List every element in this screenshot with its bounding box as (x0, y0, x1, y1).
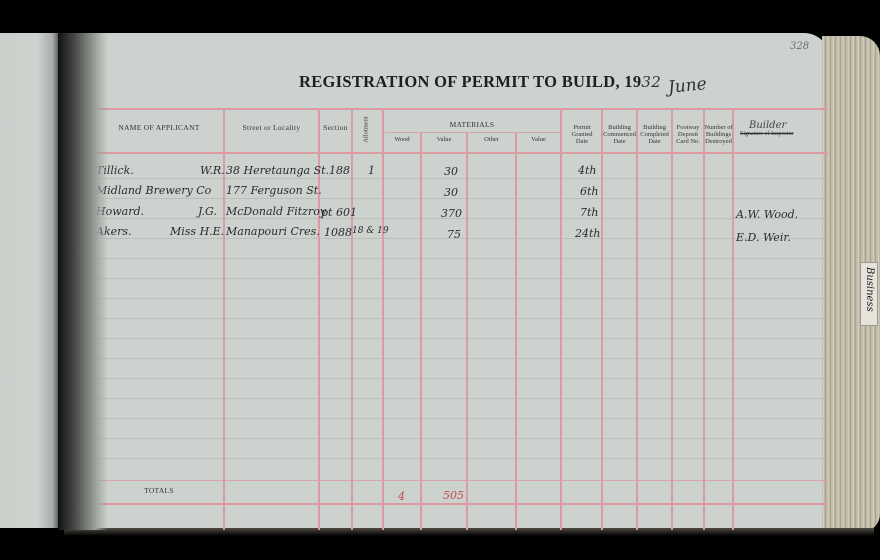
col-line (703, 108, 705, 530)
rule-line (95, 318, 825, 319)
row-4-permit-granted: 24th (575, 227, 601, 240)
row-2-permit-granted: 6th (580, 185, 599, 198)
header-top-line (64, 108, 828, 110)
title-month: June (667, 74, 708, 98)
row-2-surname: Midland Brewery Co (96, 184, 211, 197)
rule-line (95, 458, 825, 459)
book-gutter (58, 33, 108, 530)
rule-line (95, 178, 825, 179)
totals-wood: 4 (398, 490, 405, 503)
col-line (515, 132, 517, 530)
header-builder-handwritten: Builder (749, 120, 786, 131)
rule-line (95, 198, 825, 199)
header-footway-deposit: Footway Deposit Card No. (673, 124, 703, 145)
header-building-commenced: Building Commenced Date (603, 124, 636, 145)
header-street: Street or Locality (225, 124, 318, 131)
rule-line (95, 418, 825, 419)
header-allotment: Allotment (363, 110, 370, 150)
col-line (601, 108, 603, 530)
row-1-section: 188 (329, 164, 350, 177)
rule-line (95, 438, 825, 439)
row-1-permit-granted: 4th (578, 164, 597, 177)
rule-line (95, 358, 825, 359)
header-bottom-line (64, 152, 828, 154)
col-line (560, 108, 562, 530)
header-other: Other (468, 136, 515, 143)
title-year: 32 (641, 73, 661, 91)
totals-label: TOTALS (95, 487, 223, 494)
totals-bottom-line (64, 503, 828, 505)
header-permit-granted: Permit Granted Date (565, 124, 599, 145)
row-4-initials: Miss H.E. (170, 225, 224, 238)
row-3-initials: J.G. (198, 205, 217, 218)
index-tab: Business (860, 262, 878, 326)
page-title: REGISTRATION OF PERMIT TO BUILD, 1932 (299, 72, 661, 92)
col-line (636, 108, 638, 530)
rule-line (95, 398, 825, 399)
row-4-street: Manapouri Cres. (226, 225, 320, 238)
col-line (382, 108, 384, 530)
col-line (420, 132, 422, 530)
header-name-of-applicant: NAME OF APPLICANT (95, 124, 223, 131)
row-1-initials: W.R. (200, 164, 225, 177)
row-4-section: 1088 (324, 226, 352, 239)
page-bottom-shadow (64, 528, 874, 536)
col-line (732, 108, 734, 530)
materials-divider (385, 132, 560, 133)
row-3-section: pt 601 (321, 206, 357, 219)
rule-line (95, 278, 825, 279)
totals-top-line (64, 480, 828, 481)
left-page (0, 33, 62, 528)
row-3-permit-granted: 7th (580, 206, 599, 219)
header-building-completed: Building Completed Date (638, 124, 671, 145)
header-wood: Wood (384, 136, 420, 143)
header-section: Section (320, 124, 351, 131)
rule-line (95, 258, 825, 259)
col-line (351, 108, 353, 530)
title-text: REGISTRATION OF PERMIT TO BUILD, 19 (299, 72, 641, 91)
totals-wood-value: 505 (443, 489, 464, 502)
row-2-street: 177 Ferguson St. (226, 184, 322, 197)
row-2-wood-value: 30 (444, 186, 458, 199)
row-4-allotment: 18 & 19 (352, 226, 389, 236)
header-buildings-destroyed: Number of Buildings Destroyed (704, 124, 733, 145)
row-1-allotment: 1 (368, 164, 375, 177)
header-other-value: Value (517, 136, 560, 143)
rule-line (95, 298, 825, 299)
header-signature-of-inspector: Signature of Inspector (740, 131, 793, 137)
row-4-wood-value: 75 (447, 228, 461, 241)
row-4-builder: E.D. Weir. (736, 231, 791, 244)
row-3-builder: A.W. Wood. (736, 208, 798, 221)
index-tab-label: Business (864, 267, 875, 312)
rule-line (95, 338, 825, 339)
col-line (466, 132, 468, 530)
row-1-street: 38 Heretaunga St. (226, 164, 329, 177)
col-line (671, 108, 673, 530)
row-3-street: McDonald Fitzroy (226, 205, 326, 218)
rule-line (95, 378, 825, 379)
header-materials: MATERIALS (384, 121, 560, 128)
row-3-wood-value: 370 (441, 207, 462, 220)
header-wood-value: Value (422, 136, 466, 143)
row-1-wood-value: 30 (444, 165, 458, 178)
page-number: 328 (790, 41, 809, 52)
